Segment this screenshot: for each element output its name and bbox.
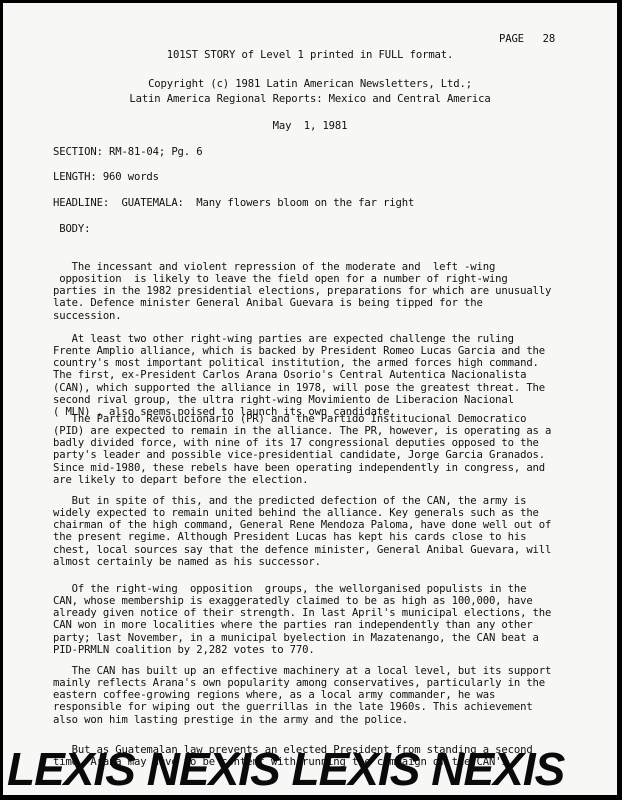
body-label: BODY:	[53, 223, 90, 235]
section-line: SECTION: RM-81-04; Pg. 6	[53, 146, 202, 158]
date-line: May 1, 1981	[3, 120, 617, 132]
headline: HEADLINE: GUATEMALA: Many flowers bloom …	[53, 197, 414, 209]
lexis-nexis-logo: LEXIS NEXIS LEXIS NEXIS	[7, 747, 613, 791]
page-number: PAGE 28	[499, 33, 555, 45]
copyright-line: Copyright (c) 1981 Latin American Newsle…	[3, 78, 617, 90]
publication-line: Latin America Regional Reports: Mexico a…	[3, 93, 617, 105]
length-line: LENGTH: 960 words	[53, 171, 159, 183]
document-page: PAGE 28 101ST STORY of Level 1 printed i…	[3, 3, 617, 795]
story-line: 101ST STORY of Level 1 printed in FULL f…	[3, 49, 617, 61]
